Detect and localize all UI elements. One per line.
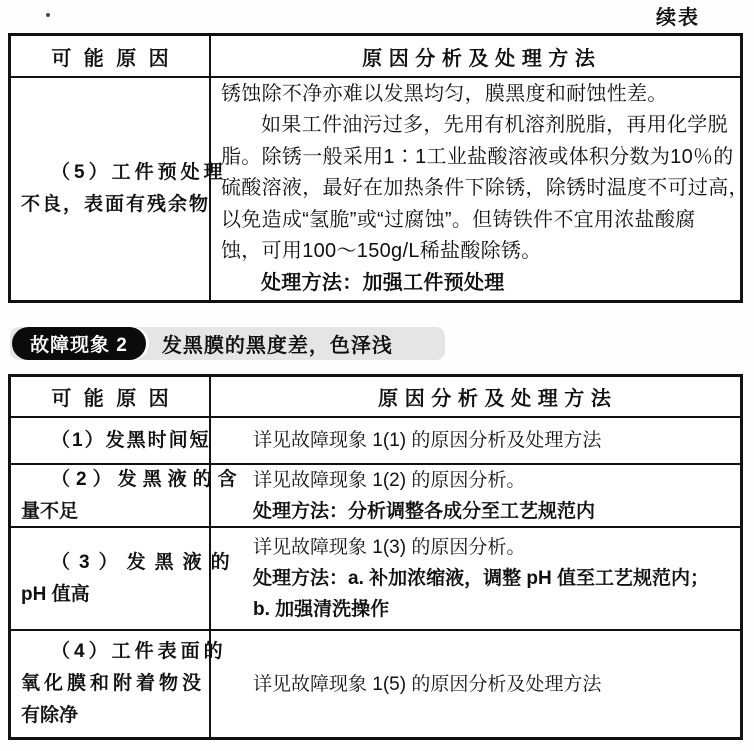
analysis-line: 详见故障现象 1(3) 的原因分析。 bbox=[253, 532, 736, 563]
header-analysis-method-label: 原因分析及处理方法 bbox=[372, 382, 618, 411]
analysis-cell-5: 锈蚀除不净亦难以发黑均匀，膜黑度和耐蚀性差。 如果工件油污过多，先用有机溶剂脱脂… bbox=[211, 78, 740, 300]
header-analysis-method: 原因分析及处理方法 bbox=[211, 36, 740, 78]
fault2-banner: 故障现象 2 发黑膜的黑度差，色泽浅 bbox=[10, 327, 445, 360]
cause-line: 量不足 bbox=[21, 496, 199, 528]
cause-cell-5: （5）工件预处理 不良，表面有残余物 bbox=[11, 78, 211, 300]
header-analysis-method-label: 原因分析及处理方法 bbox=[356, 42, 602, 71]
analysis-line: 以免造成“氢脆”或“过腐蚀”。但铸铁件不宜用浓盐酸腐 bbox=[221, 205, 736, 237]
analysis-line: 如果工件油污过多，先用有机溶剂脱脂，再用化学脱 bbox=[221, 110, 736, 142]
cause-line: （4）工件表面的 bbox=[21, 636, 199, 668]
book-page: 续表 可能原因 原因分析及处理方法 （5）工件预处理 不良，表面有残余物 锈蚀除… bbox=[0, 0, 754, 751]
analysis-cell-2: 详见故障现象 1(2) 的原因分析。 处理方法：分析调整各成分至工艺规范内 bbox=[211, 465, 740, 528]
continued-table-label: 续表 bbox=[656, 1, 700, 30]
fault2-table: 可能原因 原因分析及处理方法 （1）发黑时间短 详见故障现象 1(1) 的原因分… bbox=[8, 374, 743, 740]
cause-line: 有除净 bbox=[21, 700, 199, 732]
treatment-method-line: 处理方法：加强工件预处理 bbox=[221, 268, 736, 300]
fault2-title: 发黑膜的黑度差，色泽浅 bbox=[162, 329, 393, 358]
header-analysis-method: 原因分析及处理方法 bbox=[211, 377, 740, 418]
analysis-line: 锈蚀除不净亦难以发黑均匀，膜黑度和耐蚀性差。 bbox=[221, 79, 736, 111]
analysis-cell-4: 详见故障现象 1(5) 的原因分析及处理方法 bbox=[211, 631, 740, 737]
cause-cell-2: （2）发黑液的含 量不足 bbox=[11, 465, 211, 528]
cause-line: （3）发黑液的 bbox=[21, 547, 199, 579]
print-artifact-dot bbox=[46, 13, 50, 17]
cause-line: （1）发黑时间短 bbox=[21, 425, 199, 457]
header-possible-cause-label: 可能原因 bbox=[39, 382, 181, 411]
analysis-line: 详见故障现象 1(2) 的原因分析。 bbox=[253, 465, 736, 496]
analysis-line: 详见故障现象 1(5) 的原因分析及处理方法 bbox=[253, 669, 736, 700]
treatment-method-line: 处理方法：a. 补加浓缩液，调整 pH 值至工艺规范内； bbox=[253, 563, 736, 594]
cause-line: （5）工件预处理 bbox=[21, 157, 199, 189]
cause-line: 氧化膜和附着物没 bbox=[21, 668, 199, 700]
cause-cell-4: （4）工件表面的 氧化膜和附着物没 有除净 bbox=[11, 631, 211, 737]
fault2-badge: 故障现象 2 bbox=[12, 327, 146, 360]
analysis-cell-1: 详见故障现象 1(1) 的原因分析及处理方法 bbox=[211, 418, 740, 465]
analysis-line: 详见故障现象 1(1) 的原因分析及处理方法 bbox=[253, 425, 736, 456]
analysis-line: 蚀，可用100～150g/L稀盐酸除锈。 bbox=[221, 236, 736, 268]
analysis-cell-3: 详见故障现象 1(3) 的原因分析。 处理方法：a. 补加浓缩液，调整 pH 值… bbox=[211, 528, 740, 631]
analysis-line: 硫酸溶液，最好在加热条件下除锈，除锈时温度不可过高， bbox=[221, 173, 736, 205]
treatment-method-line: b. 加强清洗操作 bbox=[253, 594, 736, 625]
header-possible-cause-label: 可能原因 bbox=[39, 42, 181, 71]
cause-cell-3: （3）发黑液的 pH 值高 bbox=[11, 528, 211, 631]
treatment-method-line: 处理方法：分析调整各成分至工艺规范内 bbox=[253, 496, 736, 527]
fault2-badge-label: 故障现象 2 bbox=[30, 330, 128, 357]
header-possible-cause: 可能原因 bbox=[11, 377, 211, 418]
fault1-continued-table: 可能原因 原因分析及处理方法 （5）工件预处理 不良，表面有残余物 锈蚀除不净亦… bbox=[8, 33, 743, 303]
cause-line: 不良，表面有残余物 bbox=[21, 189, 199, 221]
cause-line: pH 值高 bbox=[21, 579, 199, 611]
header-possible-cause: 可能原因 bbox=[11, 36, 211, 78]
analysis-line: 脂。除锈一般采用1∶1工业盐酸溶液或体积分数为10％的 bbox=[221, 142, 736, 174]
cause-cell-1: （1）发黑时间短 bbox=[11, 418, 211, 465]
cause-line: （2）发黑液的含 bbox=[21, 464, 199, 496]
